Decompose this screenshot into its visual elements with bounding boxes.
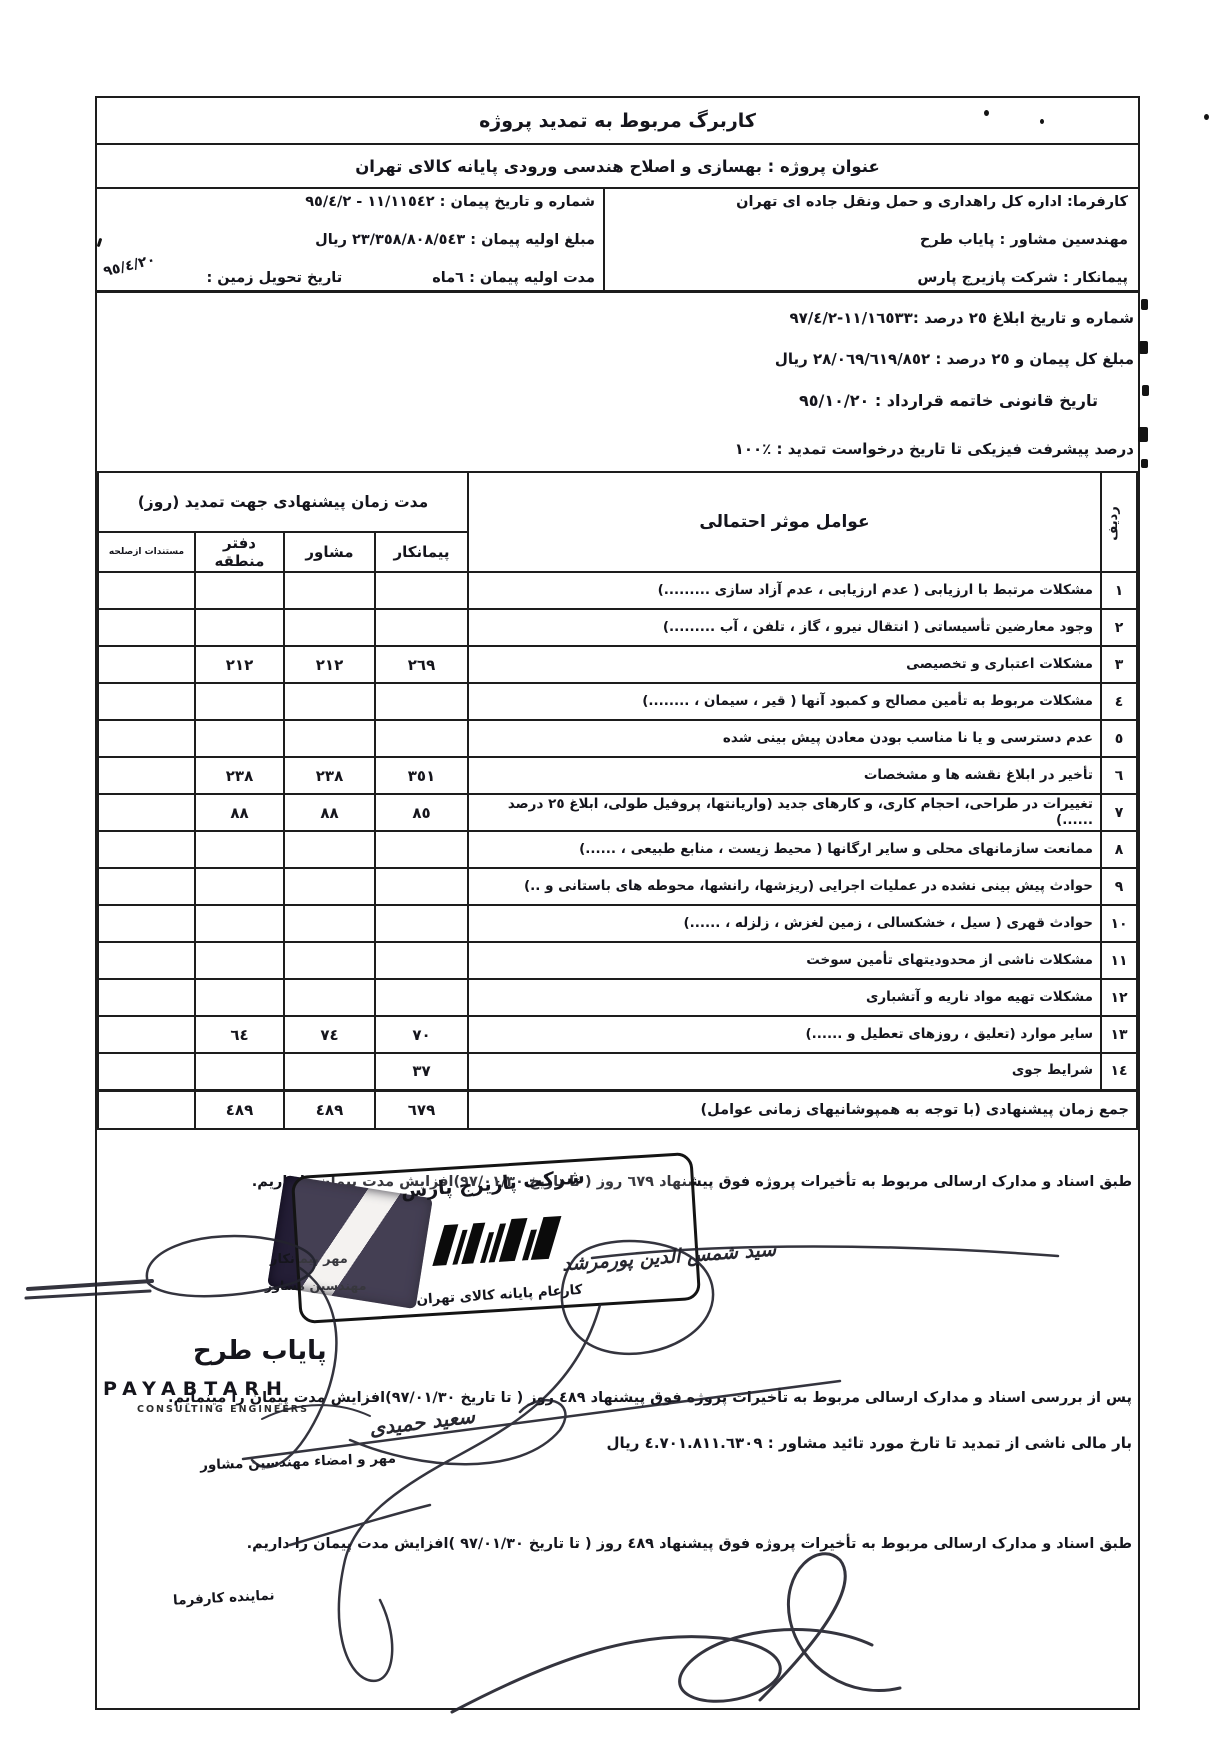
employer-statement: طبق اسناد و مدارک ارسالی مربوط به تأخیرا… (107, 1536, 1132, 1552)
scanned-document-page: کاربرگ مربوط به تمدید پروژه عنوان پروژه … (0, 0, 1228, 1742)
contract-duration-line: مدت اولیه پیمان : ٦ماه تاریخ تحویل زمین … (101, 270, 595, 286)
docs-cell (98, 942, 195, 979)
table-row: ٦تأخیر در ابلاغ نقشه ها و مشخصات٣٥١٢٣٨٢٣… (98, 757, 1137, 794)
consultant-line: مهندسین مشاور : پایاب طرح (609, 232, 1128, 248)
legal-end-date-line: تاریخ قانونی خاتمه قرارداد : ٩٥/١٠/٢٠ (799, 391, 1098, 410)
notice-25-line: شماره و تاریخ ابلاغ ٢٥ درصد :١١/١٦٥٣٣-٩٧… (789, 309, 1134, 327)
col-header-region-office: دفتر منطقه (195, 532, 284, 572)
table-total-row: جمع زمان پیشنهادی (با توجه به همپوشانیها… (98, 1090, 1137, 1129)
parties-column: کارفرما: اداره کل راهداری و حمل ونقل جاد… (603, 189, 1138, 290)
col-header-docs: مستندات ازصلحه (98, 532, 195, 572)
docs-cell (98, 757, 195, 794)
table-row: ٤مشکلات مربوط به تأمین مصالح و کمبود آنه… (98, 683, 1137, 720)
payabtarh-logo-fa: پایاب طرح (193, 1336, 327, 1366)
employer-rep-label: نماینده کارفرما (173, 1587, 275, 1608)
table-row: ١٢مشکلات تهیه مواد ناریه و آتشباری (98, 979, 1137, 1016)
docs-cell (98, 794, 195, 831)
consultant-seal-sign-label: مهر و امضاء مهندسین مشاور (200, 1451, 396, 1474)
supplement-info-block: شماره و تاریخ ابلاغ ٢٥ درصد :١١/١٦٥٣٣-٩٧… (97, 293, 1138, 473)
consultant-statement: پس از بررسی اسناد و مدارک ارسالی مربوط ب… (107, 1390, 1132, 1406)
table-row: ٩حوادث پیش بینی نشده در عملیات اجرایی (ر… (98, 868, 1137, 905)
col-header-contractor: پیمانکار (375, 532, 468, 572)
docs-cell (98, 609, 195, 646)
table-row: ٨ممانعت سازمانهای محلی و سایر ارگانها ( … (98, 831, 1137, 868)
table-row: ١٤شرایط جوی٣٧ (98, 1053, 1137, 1090)
total-region: ٤٨٩ (195, 1090, 284, 1129)
physical-progress-line: درصد پیشرفت فیزیکی تا تاریخ درخواست تمدی… (735, 440, 1134, 458)
total-consultant: ٤٨٩ (284, 1090, 375, 1129)
contract-initial-duration: مدت اولیه پیمان : ٦ماه (432, 270, 595, 286)
scan-edge-mark (1139, 341, 1148, 354)
scan-speck (1204, 114, 1209, 120)
form-title: کاربرگ مربوط به تمدید پروژه (97, 98, 1138, 145)
delay-factors-table-wrap: ردیف عوامل موثر احتمالی مدت زمان پیشنهاد… (97, 471, 1138, 1138)
contract-number-date: شماره و تاریخ پیمان : ١١/١١٥٤٢ - ٩٥/٤/٢ (101, 194, 595, 210)
consultant-cost-line: بار مالی ناشی از تمدید تا تارخ مورد تائی… (107, 1434, 1132, 1452)
docs-cell (98, 905, 195, 942)
stamp-company-name: شرکت پازیرج پارس (400, 1166, 585, 1202)
docs-cell (98, 720, 195, 757)
table-row: ١٣سایر موارد (تعلیق ، روزهای تعطیل و ...… (98, 1016, 1137, 1053)
contract-initial-amount: مبلغ اولیه پیمان : ٢٣/٣٥٨/٨٠٨/٥٤٣ ریال (101, 232, 595, 248)
col-header-consultant: مشاور (284, 532, 375, 572)
scan-edge-mark (1142, 385, 1149, 396)
company-logo-barcode-icon (437, 1216, 556, 1265)
delay-factors-table: ردیف عوامل موثر احتمالی مدت زمان پیشنهاد… (97, 471, 1138, 1130)
project-title: عنوان پروژه : بهسازی و اصلاح هندسی ورودی… (97, 145, 1138, 189)
table-row: ٥عدم دسترسی و یا نا مناسب بودن معادن پیش… (98, 720, 1137, 757)
docs-cell (98, 831, 195, 868)
contractor-company-stamp: شرکت پازیرج پارس کارعام پایانه کالای تهر… (291, 1152, 701, 1324)
table-row: ١١مشکلات ناشی از محدودیتهای تأمین سوخت (98, 942, 1137, 979)
employer-line: کارفرما: اداره کل راهداری و حمل ونقل جاد… (609, 194, 1128, 210)
scan-speck (984, 110, 989, 116)
docs-cell (98, 979, 195, 1016)
docs-cell (98, 572, 195, 609)
docs-cell (98, 1053, 195, 1090)
stamp-terminal-name: کارعام پایانه کالای تهران (416, 1282, 583, 1308)
total-contractor: ٦٧٩ (375, 1090, 468, 1129)
scan-edge-mark (1141, 299, 1148, 310)
land-delivery-label: تاریخ تحویل زمین : (206, 270, 342, 286)
signatures-block: طبق اسناد و مدارک ارسالی مربوط به تأخیرا… (97, 1138, 1138, 1708)
docs-cell (98, 683, 195, 720)
contract-info-block: کارفرما: اداره کل راهداری و حمل ونقل جاد… (97, 189, 1138, 293)
col-header-factors: عوامل موثر احتمالی (468, 472, 1101, 572)
extension-worksheet-form: کاربرگ مربوط به تمدید پروژه عنوان پروژه … (95, 96, 1140, 1710)
docs-cell (98, 1090, 195, 1129)
col-header-row-number: ردیف (1101, 472, 1137, 572)
table-row: ١مشکلات مرتبط با ارزیابی ( عدم ارزیابی ،… (98, 572, 1137, 609)
table-row: ٧تغییرات در طراحی، احجام کاری، و کارهای … (98, 794, 1137, 831)
docs-cell (98, 868, 195, 905)
scan-speck (1040, 119, 1044, 124)
contract-column: شماره و تاریخ پیمان : ١١/١١٥٤٢ - ٩٥/٤/٢ … (97, 189, 603, 290)
contractor-line: پیمانکار : شرکت پازیرج پارس (609, 270, 1128, 286)
total-label: جمع زمان پیشنهادی (با توجه به همپوشانیها… (468, 1090, 1137, 1129)
table-row: ٢وجود معارضین تأسیساتی ( انتقال نیرو ، گ… (98, 609, 1137, 646)
total-amount-25-line: مبلغ کل پیمان و ٢٥ درصد : ٢٨/٠٦٩/٦١٩/٨٥٢… (775, 350, 1134, 368)
docs-cell (98, 646, 195, 683)
table-row: ١٠حوادث قهری ( سیل ، خشکسالی ، زمین لغزش… (98, 905, 1137, 942)
col-header-proposed-duration: مدت زمان پیشنهادی جهت تمدید (روز) (98, 472, 468, 532)
docs-cell (98, 1016, 195, 1053)
table-row: ٣مشکلات اعتباری و تخصیصی٢٦٩٢١٢٢١٢ (98, 646, 1137, 683)
scan-edge-mark (1138, 427, 1148, 442)
scan-edge-mark (1141, 459, 1148, 468)
